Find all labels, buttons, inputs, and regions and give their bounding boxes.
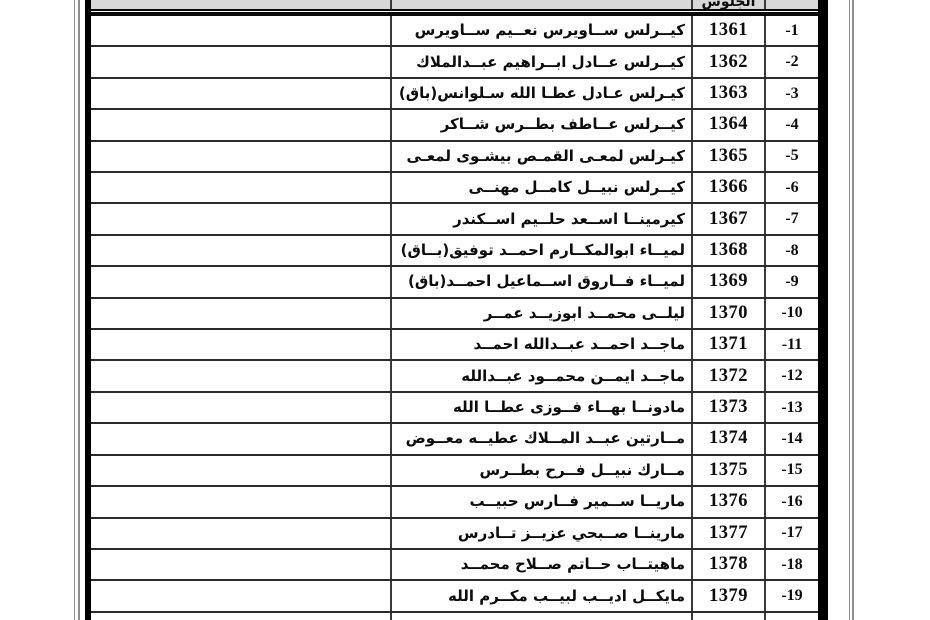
row-empty-cell xyxy=(91,393,390,422)
row-name-cell: مادونــا بهــاء فــوزى عطــا الله xyxy=(390,393,691,422)
row-seat-cell xyxy=(691,613,764,620)
row-seat-cell: 1364 xyxy=(691,110,764,139)
row-student-name: كيــرلس نبيــل كامــل مهنــى xyxy=(469,173,685,202)
row-serial-cell: -18 xyxy=(764,550,818,579)
row-serial-number: -8 xyxy=(785,242,798,260)
row-name-cell: لميــاء فــاروق اســماعيل احمــد(باق) xyxy=(390,267,691,296)
row-empty-cell xyxy=(91,47,390,76)
row-seat-number: 1362 xyxy=(709,52,748,73)
row-name-cell: مايكــل اديــب لبيــب مكــرم الله xyxy=(390,581,691,610)
row-student-name: ماجــد احمــد عبــدالله احمــد xyxy=(474,330,685,359)
row-name-cell: كيـرلس عـادل عطـا الله سـلوانس(باق) xyxy=(390,79,691,108)
row-seat-cell: 1370 xyxy=(691,299,764,328)
table-row: -13 1373 مادونــا بهــاء فــوزى عطــا ال… xyxy=(91,393,818,424)
row-seat-cell: 1369 xyxy=(691,267,764,296)
row-seat-number: 1377 xyxy=(709,523,748,544)
row-student-name: لميــاء ابوالمكــارم احمــد توفيق(بــاق) xyxy=(401,236,685,265)
row-empty-cell xyxy=(91,142,390,171)
table-row: -12 1372 ماجــد ايمــن محمــود عبــدالله xyxy=(91,361,818,392)
row-seat-cell: 1365 xyxy=(691,142,764,171)
row-seat-cell: 1368 xyxy=(691,236,764,265)
row-seat-number: 1376 xyxy=(709,491,748,512)
row-serial-number: -18 xyxy=(781,556,802,574)
row-seat-cell: 1362 xyxy=(691,47,764,76)
row-empty-cell xyxy=(91,424,390,453)
row-name-cell: كيــرلس عــاطف بطــرس شــاكر xyxy=(390,110,691,139)
row-serial-cell: -4 xyxy=(764,110,818,139)
table-row: -18 1378 ماهيتــاب حــاتم صــلاح محمــد xyxy=(91,550,818,581)
row-seat-cell: 1374 xyxy=(691,424,764,453)
row-seat-cell: 1366 xyxy=(691,173,764,202)
row-seat-cell: 1376 xyxy=(691,487,764,516)
row-seat-cell: 1373 xyxy=(691,393,764,422)
row-serial-cell: -8 xyxy=(764,236,818,265)
students-roster-table: الجلوس -1 1361 كيــرلس ســاويرس نعــيم س… xyxy=(85,0,828,620)
table-row: -17 1377 مارينــا صــبحي عزيــز تــادرس xyxy=(91,519,818,550)
row-student-name: مارينــا صــبحي عزيــز تــادرس xyxy=(458,519,685,548)
row-serial-number: -19 xyxy=(781,587,802,605)
row-serial-number: -14 xyxy=(781,430,802,448)
row-empty-cell xyxy=(91,79,390,108)
table-row: -14 1374 مــارتين عبــد المــلاك عطيــه … xyxy=(91,424,818,455)
row-seat-number: 1373 xyxy=(709,397,748,418)
row-student-name: كيــرلس عــاطف بطــرس شــاكر xyxy=(441,110,685,139)
row-seat-cell: 1377 xyxy=(691,519,764,548)
row-serial-number: -12 xyxy=(781,367,802,385)
table-row: -1 1361 كيــرلس ســاويرس نعــيم ســاويرس xyxy=(91,16,818,47)
row-seat-number: 1368 xyxy=(709,240,748,261)
row-serial-cell: -9 xyxy=(764,267,818,296)
row-serial-cell: -12 xyxy=(764,361,818,390)
row-seat-cell: 1379 xyxy=(691,581,764,610)
header-name-cell xyxy=(390,0,691,9)
row-serial-cell: -6 xyxy=(764,173,818,202)
row-name-cell: كيـرلس لمعـى القمـص بيشـوى لمعـى xyxy=(390,142,691,171)
table-row: -3 1363 كيـرلس عـادل عطـا الله سـلوانس(ب… xyxy=(91,79,818,110)
row-empty-cell xyxy=(91,173,390,202)
row-name-cell: كيــرلس نبيــل كامــل مهنــى xyxy=(390,173,691,202)
row-empty-cell xyxy=(91,361,390,390)
row-student-name: ماجــد ايمــن محمــود عبــدالله xyxy=(461,362,685,391)
row-serial-cell: -3 xyxy=(764,79,818,108)
row-empty-cell xyxy=(91,487,390,516)
row-seat-number: 1361 xyxy=(709,20,748,41)
table-row: -6 1366 كيــرلس نبيــل كامــل مهنــى xyxy=(91,173,818,204)
row-seat-number: 1374 xyxy=(709,428,748,449)
row-student-name: ماريــا ســمير فــارس حبيــب xyxy=(470,487,686,516)
row-serial-number: -16 xyxy=(781,493,802,511)
row-empty-cell xyxy=(91,299,390,328)
row-student-name: كيــرلس عــادل ابــراهيم عبــدالملاك xyxy=(416,48,685,77)
row-seat-cell: 1372 xyxy=(691,361,764,390)
row-empty-cell xyxy=(91,16,390,45)
row-serial-cell: -13 xyxy=(764,393,818,422)
table-body: -1 1361 كيــرلس ســاويرس نعــيم ســاويرس… xyxy=(91,16,818,620)
row-empty-cell xyxy=(91,236,390,265)
row-seat-number: 1364 xyxy=(709,114,748,135)
header-serial-cell xyxy=(764,0,818,9)
table-row: -2 1362 كيــرلس عــادل ابــراهيم عبــدال… xyxy=(91,47,818,78)
row-serial-number: -3 xyxy=(785,85,798,103)
seat-column-header-label: الجلوس xyxy=(693,0,764,9)
row-empty-cell xyxy=(91,550,390,579)
row-seat-number: 1365 xyxy=(709,146,748,167)
row-serial-cell: -5 xyxy=(764,142,818,171)
row-seat-number: 1379 xyxy=(709,586,748,607)
table-header-row: الجلوس xyxy=(91,0,818,9)
table-row: -7 1367 كيرمينــا اســعد حلــيم اســكندر xyxy=(91,204,818,235)
page-border-right-inner xyxy=(849,0,850,620)
row-student-name: مادونــا بهــاء فــوزى عطــا الله xyxy=(453,393,685,422)
row-empty-cell xyxy=(91,581,390,610)
row-name-cell: ماريــا ســمير فــارس حبيــب xyxy=(390,487,691,516)
scanned-document-page: الجلوس -1 1361 كيــرلس ســاويرس نعــيم س… xyxy=(0,0,930,620)
row-serial-cell: -15 xyxy=(764,456,818,485)
row-seat-number: 1370 xyxy=(709,303,748,324)
row-empty-cell xyxy=(91,613,390,620)
row-serial-number: -9 xyxy=(785,273,798,291)
row-serial-cell: -1 xyxy=(764,16,818,45)
row-serial-cell: -14 xyxy=(764,424,818,453)
page-border-right-outer xyxy=(852,0,854,620)
row-serial-number: -2 xyxy=(785,53,798,71)
row-name-cell: لميــاء ابوالمكــارم احمــد توفيق(بــاق) xyxy=(390,236,691,265)
row-serial-number: -5 xyxy=(785,147,798,165)
row-student-name: مايكــل اديــب لبيــب مكــرم الله xyxy=(448,582,685,611)
row-seat-cell: 1378 xyxy=(691,550,764,579)
row-serial-cell: -17 xyxy=(764,519,818,548)
row-empty-cell xyxy=(91,110,390,139)
row-name-cell: ليلــى محمــد ابوزيــد عمــر xyxy=(390,299,691,328)
row-seat-number: 1367 xyxy=(709,209,748,230)
row-empty-cell xyxy=(91,330,390,359)
row-serial-number: -15 xyxy=(781,461,802,479)
table-row: -5 1365 كيـرلس لمعـى القمـص بيشـوى لمعـى xyxy=(91,142,818,173)
row-seat-number: 1372 xyxy=(709,366,748,387)
row-serial-cell: -16 xyxy=(764,487,818,516)
row-seat-number: 1375 xyxy=(709,460,748,481)
row-student-name: مــارتين عبــد المــلاك عطيــه معــوض xyxy=(406,424,685,453)
row-empty-cell xyxy=(91,267,390,296)
row-seat-cell: 1363 xyxy=(691,79,764,108)
header-notes-cell xyxy=(91,0,390,9)
row-student-name: مــارك نبيــل فــرح بطــرس xyxy=(480,456,686,485)
header-seat-cell: الجلوس xyxy=(691,0,764,9)
row-seat-cell: 1375 xyxy=(691,456,764,485)
row-serial-number: -17 xyxy=(781,524,802,542)
row-empty-cell xyxy=(91,519,390,548)
row-name-cell: ماهيتــاب حــاتم صــلاح محمــد xyxy=(390,550,691,579)
row-student-name: كيــرلس ســاويرس نعــيم ســاويرس xyxy=(415,16,685,45)
table-row: -9 1369 لميــاء فــاروق اســماعيل احمــد… xyxy=(91,267,818,298)
row-seat-number: 1363 xyxy=(709,83,748,104)
table-row: -8 1368 لميــاء ابوالمكــارم احمــد توفي… xyxy=(91,236,818,267)
row-serial-cell xyxy=(764,613,818,620)
table-row: -15 1375 مــارك نبيــل فــرح بطــرس xyxy=(91,456,818,487)
row-student-name: ماهيتــاب حــاتم صــلاح محمــد xyxy=(461,550,685,579)
row-name-cell: كيــرلس عــادل ابــراهيم عبــدالملاك xyxy=(390,47,691,76)
row-serial-cell: -11 xyxy=(764,330,818,359)
row-seat-cell: 1371 xyxy=(691,330,764,359)
row-serial-number: -10 xyxy=(781,304,802,322)
row-serial-number: -7 xyxy=(785,210,798,228)
row-name-cell: مــارك نبيــل فــرح بطــرس xyxy=(390,456,691,485)
row-name-cell: ماجــد احمــد عبــدالله احمــد xyxy=(390,330,691,359)
page-border-left-outer xyxy=(74,0,75,620)
row-student-name: لميــاء فــاروق اســماعيل احمــد(باق) xyxy=(408,267,685,296)
table-row xyxy=(91,613,818,620)
table-row: -10 1370 ليلــى محمــد ابوزيــد عمــر xyxy=(91,299,818,330)
page-border-left-inner xyxy=(78,0,80,620)
row-seat-number: 1378 xyxy=(709,554,748,575)
row-empty-cell xyxy=(91,456,390,485)
row-serial-number: -4 xyxy=(785,116,798,134)
row-serial-cell: -2 xyxy=(764,47,818,76)
row-student-name: كيـرلس عـادل عطـا الله سـلوانس(باق) xyxy=(399,79,685,108)
table-row: -19 1379 مايكــل اديــب لبيــب مكــرم ال… xyxy=(91,581,818,612)
row-name-cell xyxy=(390,613,691,620)
row-serial-cell: -10 xyxy=(764,299,818,328)
row-name-cell: كيرمينــا اســعد حلــيم اســكندر xyxy=(390,204,691,233)
row-serial-cell: -7 xyxy=(764,204,818,233)
table-row: -11 1371 ماجــد احمــد عبــدالله احمــد xyxy=(91,330,818,361)
row-serial-number: -6 xyxy=(785,179,798,197)
header-separator-line xyxy=(91,9,818,16)
row-name-cell: مارينــا صــبحي عزيــز تــادرس xyxy=(390,519,691,548)
row-seat-number: 1369 xyxy=(709,271,748,292)
row-seat-number: 1366 xyxy=(709,177,748,198)
table-row: -16 1376 ماريــا ســمير فــارس حبيــب xyxy=(91,487,818,518)
table-row: -4 1364 كيــرلس عــاطف بطــرس شــاكر xyxy=(91,110,818,141)
row-serial-number: -1 xyxy=(785,22,798,40)
row-empty-cell xyxy=(91,204,390,233)
row-student-name: ليلــى محمــد ابوزيــد عمــر xyxy=(484,299,685,328)
row-name-cell: ماجــد ايمــن محمــود عبــدالله xyxy=(390,361,691,390)
row-seat-cell: 1367 xyxy=(691,204,764,233)
row-name-cell: كيــرلس ســاويرس نعــيم ســاويرس xyxy=(390,16,691,45)
row-student-name: كيـرلس لمعـى القمـص بيشـوى لمعـى xyxy=(407,142,685,171)
row-student-name: كيرمينــا اســعد حلــيم اســكندر xyxy=(453,205,685,234)
row-seat-number: 1371 xyxy=(709,334,748,355)
row-serial-number: -13 xyxy=(781,399,802,417)
row-name-cell: مــارتين عبــد المــلاك عطيــه معــوض xyxy=(390,424,691,453)
row-seat-cell: 1361 xyxy=(691,16,764,45)
row-serial-cell: -19 xyxy=(764,581,818,610)
row-serial-number: -11 xyxy=(782,336,802,354)
